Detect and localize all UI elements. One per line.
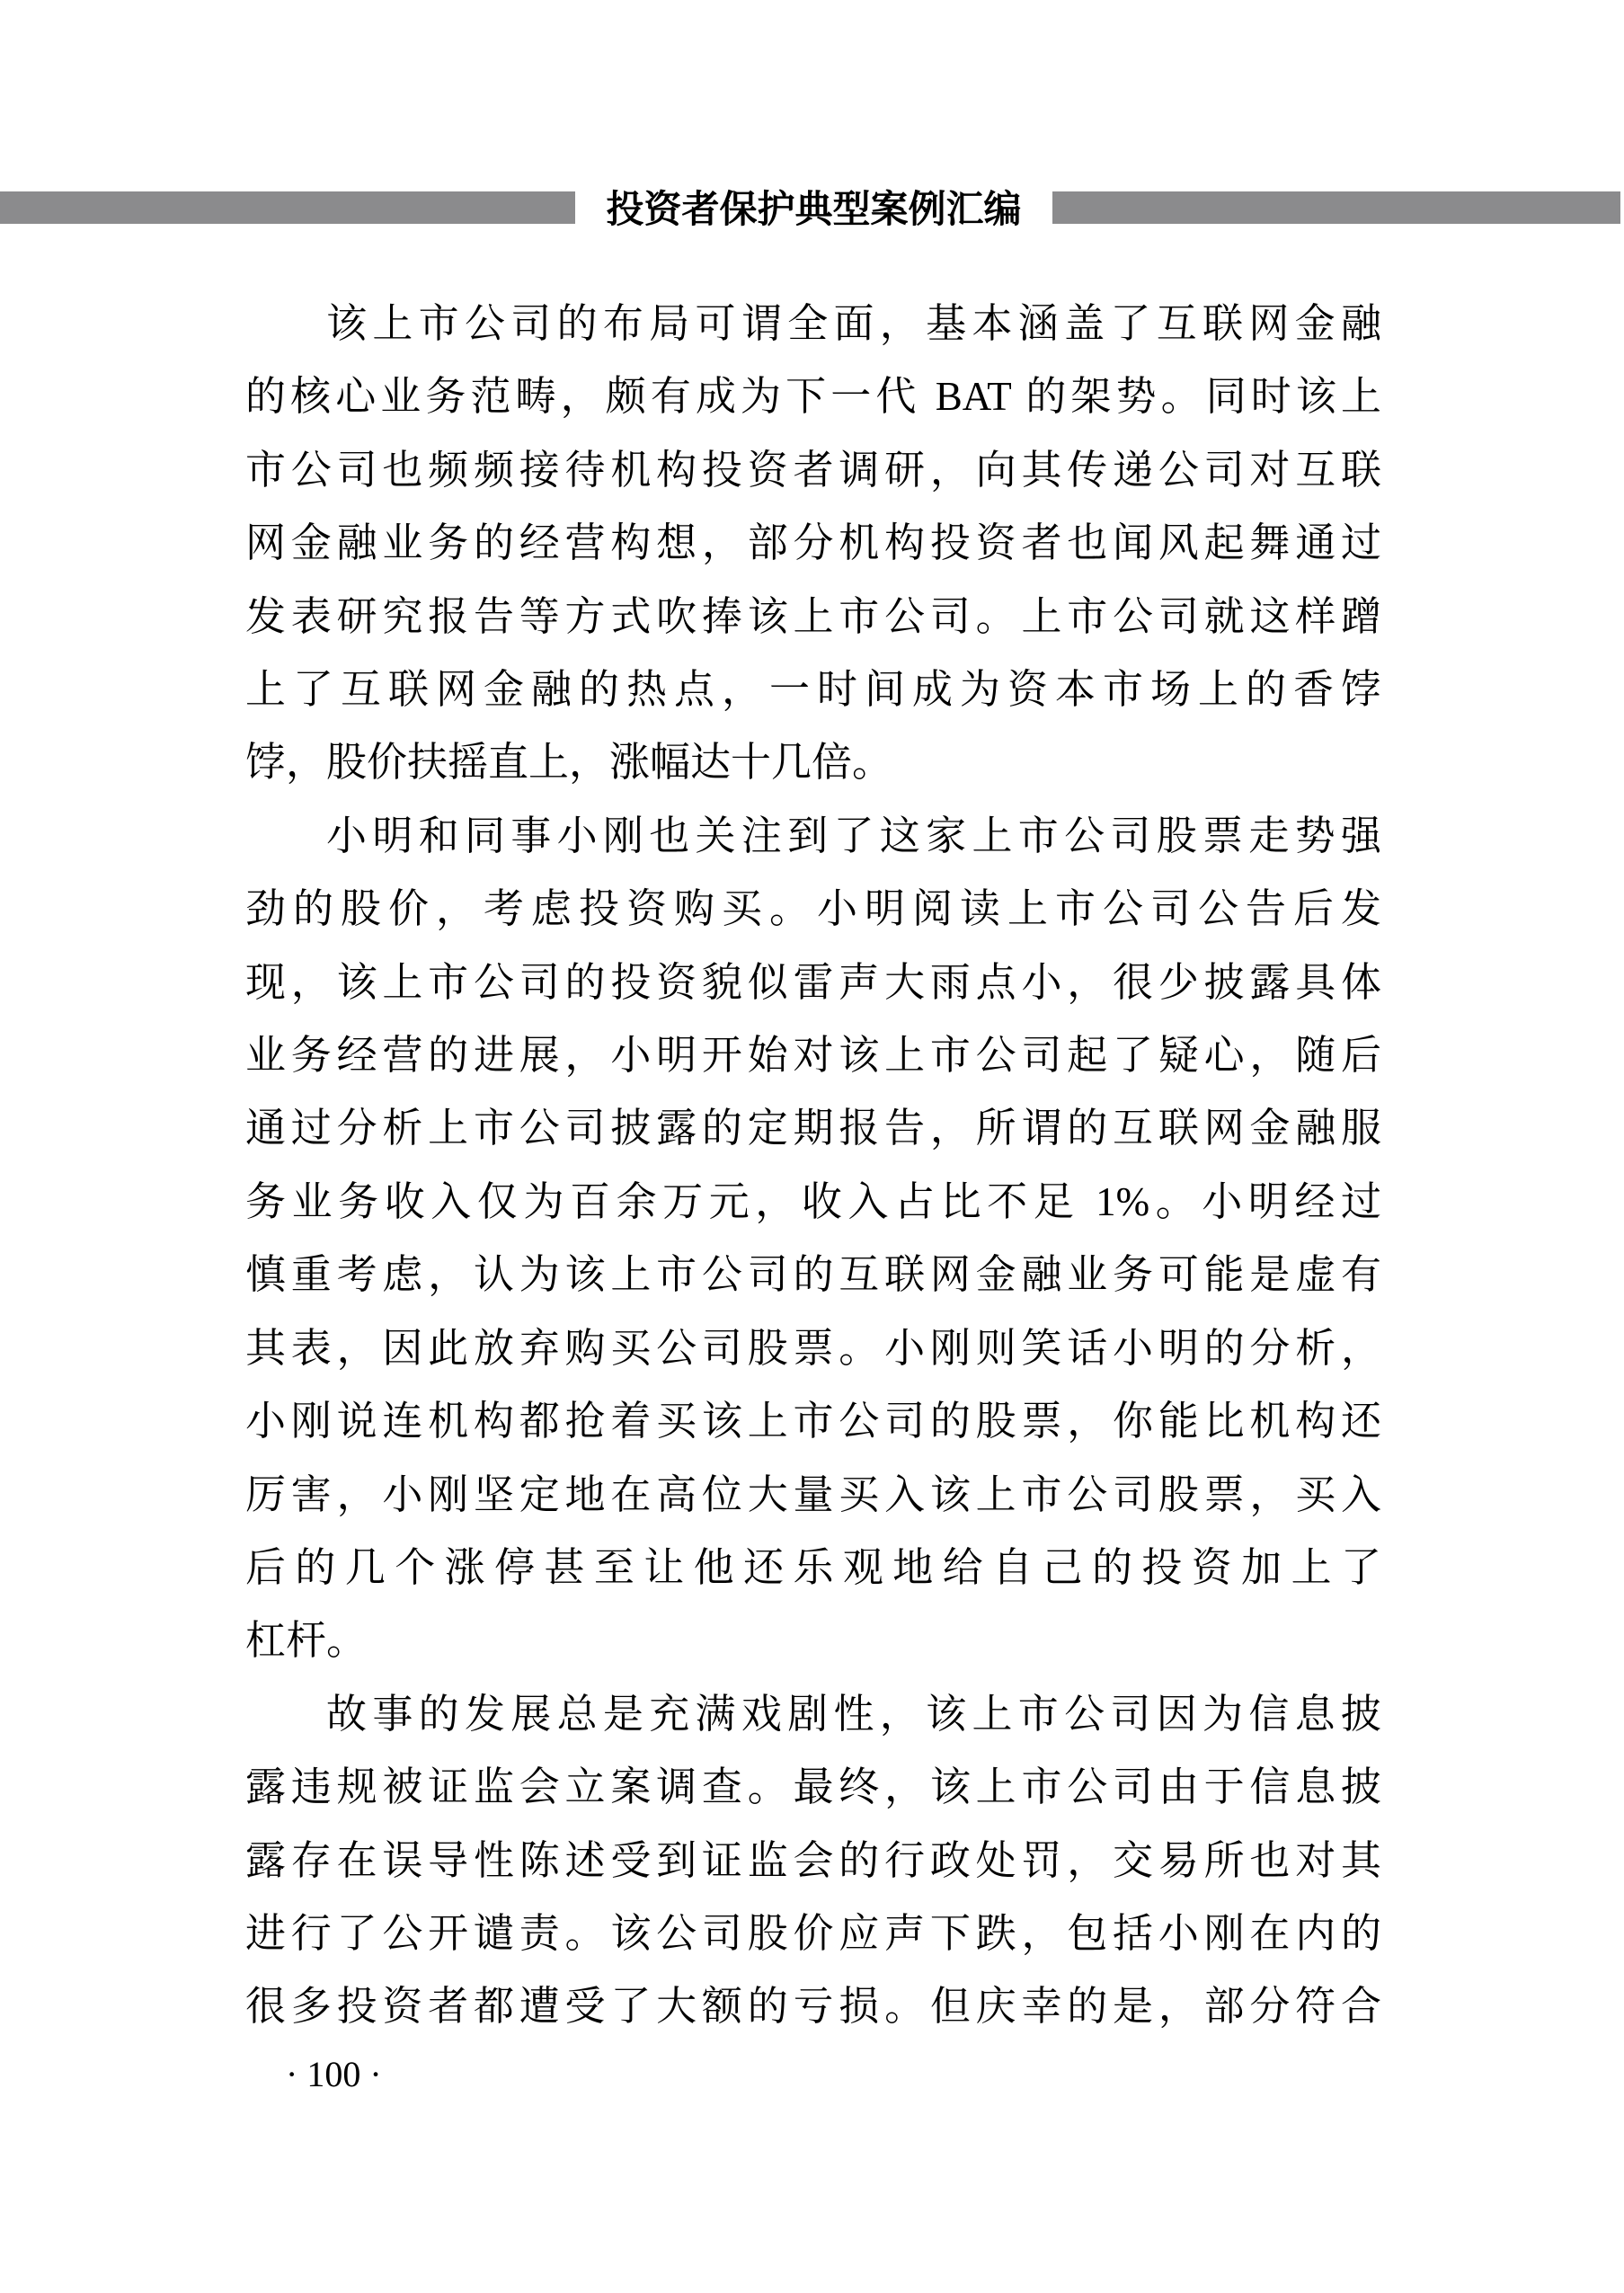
text-line: 露存在误导性陈述受到证监会的行政处罚，交易所也对其 — [245, 1825, 1381, 1898]
text-line: 现，该上市公司的投资貌似雷声大雨点小，很少披露具体 — [245, 947, 1381, 1019]
text-line: 的核心业务范畴，颇有成为下一代 BAT 的架势。同时该上 — [245, 360, 1381, 433]
text-line: 市公司也频频接待机构投资者调研，向其传递公司对互联 — [245, 434, 1381, 507]
text-line: 上了互联网金融的热点，一时间成为资本市场上的香饽 — [245, 653, 1381, 726]
text-line: 小刚说连机构都抢着买该上市公司的股票，你能比机构还 — [245, 1385, 1381, 1458]
body-text: 该上市公司的布局可谓全面，基本涵盖了互联网金融 的核心业务范畴，颇有成为下一代 … — [245, 288, 1381, 2044]
text-line: 该上市公司的布局可谓全面，基本涵盖了互联网金融 — [245, 288, 1381, 360]
text-line: 慎重考虑，认为该上市公司的互联网金融业务可能是虚有 — [245, 1239, 1381, 1311]
text-line: 后的几个涨停甚至让他还乐观地给自己的投资加上了 — [245, 1532, 1381, 1604]
text-line: 很多投资者都遭受了大额的亏损。但庆幸的是，部分符合 — [245, 1970, 1381, 2043]
text-line: 发表研究报告等方式吹捧该上市公司。上市公司就这样蹭 — [245, 581, 1381, 653]
header-bar-left — [0, 191, 575, 224]
document-page: 投资者保护典型案例汇编 该上市公司的布局可谓全面，基本涵盖了互联网金融 的核心业… — [0, 0, 1624, 2293]
header-bar-right — [1052, 191, 1620, 224]
text-line: 小明和同事小刚也关注到了这家上市公司股票走势强 — [245, 800, 1381, 873]
text-line: 其表，因此放弃购买公司股票。小刚则笑话小明的分析， — [245, 1312, 1381, 1385]
text-line: 厉害，小刚坚定地在高位大量买入该上市公司股票，买入 — [245, 1459, 1381, 1532]
text-line: 故事的发展总是充满戏剧性，该上市公司因为信息披 — [245, 1678, 1381, 1751]
text-line: 网金融业务的经营构想，部分机构投资者也闻风起舞通过 — [245, 507, 1381, 580]
text-line: 杠杆。 — [245, 1604, 1381, 1677]
text-line: 务业务收入仅为百余万元，收入占比不足 1%。小明经过 — [245, 1166, 1381, 1239]
text-line: 进行了公开谴责。该公司股价应声下跌，包括小刚在内的 — [245, 1898, 1381, 1970]
text-line: 通过分析上市公司披露的定期报告，所谓的互联网金融服 — [245, 1092, 1381, 1165]
running-header-title: 投资者保护典型案例汇编 — [575, 188, 1052, 231]
text-line: 饽，股价扶摇直上，涨幅达十几倍。 — [245, 726, 1381, 799]
text-line: 露违规被证监会立案调查。最终，该上市公司由于信息披 — [245, 1751, 1381, 1824]
text-line: 劲的股价，考虑投资购买。小明阅读上市公司公告后发 — [245, 873, 1381, 946]
text-line: 业务经营的进展，小明开始对该上市公司起了疑心，随后 — [245, 1019, 1381, 1092]
page-number: · 100 · — [286, 2054, 382, 2095]
